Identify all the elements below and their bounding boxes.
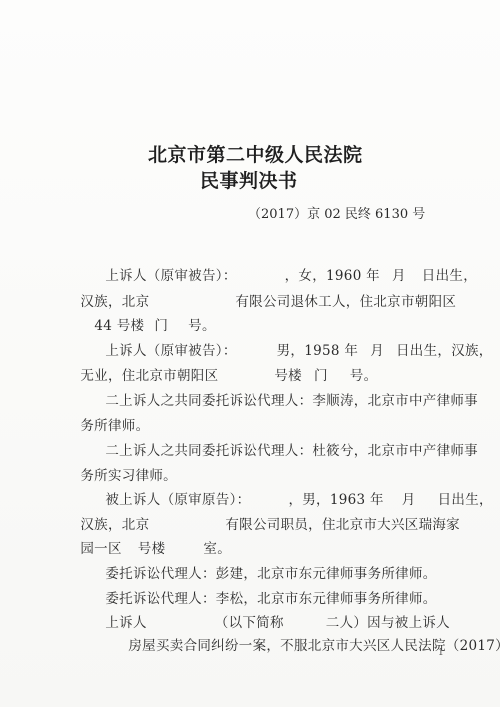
page-number: 1 (438, 648, 444, 658)
case-statement-line-2: 房屋买卖合同纠纷一案，不服北京市大兴区人民法院（2017） (110, 618, 500, 670)
document-page: 北京市第二中级人民法院 民事判决书 （2017）京 02 民终 6130 号 上… (0, 0, 500, 707)
court-name: 北京市第二中级人民法院 (148, 140, 363, 167)
case-number: （2017）京 02 民终 6130 号 (248, 203, 425, 222)
document-type-title: 民事判决书 (200, 166, 298, 193)
